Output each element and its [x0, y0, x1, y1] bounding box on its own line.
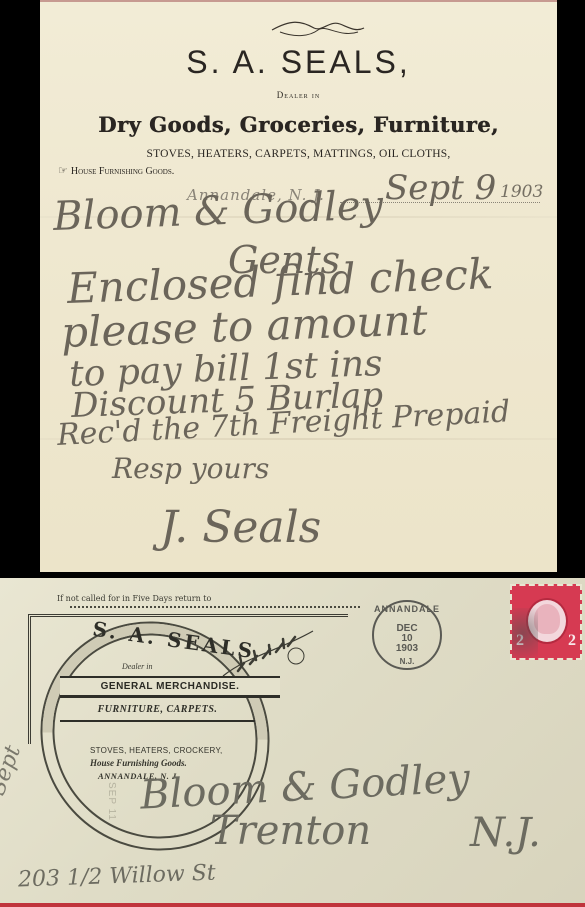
envelope-stoves-line: STOVES, HEATERS, CROCKERY,	[90, 746, 223, 755]
received-stamp: SEP 11	[106, 782, 117, 821]
postage-stamp: 2 2	[510, 584, 582, 660]
address-state: N.J.	[470, 810, 541, 856]
envelope-house-line: House Furnishing Goods.	[90, 758, 187, 768]
items-line: STOVES, HEATERS, CARPETS, MATTINGS, OIL …	[40, 148, 557, 160]
dealer-in-label: Dealer in	[40, 90, 557, 100]
signature: J. Seals	[160, 502, 321, 553]
stamp-denomination: 2	[568, 632, 576, 650]
return-dotted-rule	[70, 606, 360, 608]
business-name: S. A. SEALS,	[40, 44, 557, 81]
handwritten-date: Sept 9	[385, 168, 496, 208]
letterhead-page: S. A. SEALS, Dealer in Dry Goods, Grocer…	[40, 0, 557, 572]
handwritten-year: 1903	[500, 182, 543, 202]
handwritten-line: Bloom & Godley	[52, 183, 383, 240]
address-city: Trenton	[210, 808, 371, 854]
furniture-banner: FURNITURE, CARPETS.	[60, 704, 255, 722]
merchandise-banner: GENERAL MERCHANDISE.	[60, 676, 280, 698]
postmark-year: 1903	[374, 644, 440, 654]
address-street: 203 1/2 Willow St	[18, 861, 216, 893]
envelope: If not called for in Five Days return to…	[0, 578, 585, 907]
envelope-dealer-in: Dealer in	[122, 662, 152, 671]
postmark: ANNANDALE DEC 10 1903 N.J.	[372, 600, 442, 670]
pointing-hand-icon: ☞	[58, 165, 68, 177]
postmark-state: N.J.	[374, 657, 440, 666]
postmark-town: ANNANDALE	[374, 604, 440, 614]
return-notice: If not called for in Five Days return to	[57, 594, 211, 603]
house-furnishing-line: ☞House Furnishing Goods.	[58, 164, 174, 177]
postmark-date: DEC 10 1903	[374, 624, 440, 654]
goods-heading: Dry Goods, Groceries, Furniture,	[40, 112, 557, 137]
ornament-flourish-icon	[270, 18, 366, 40]
handwritten-line: Resp yours	[112, 452, 269, 485]
house-furnishing-text: House Furnishing Goods.	[71, 166, 174, 177]
cancellation-mark	[510, 608, 538, 658]
side-annotation: Sept	[0, 742, 26, 798]
